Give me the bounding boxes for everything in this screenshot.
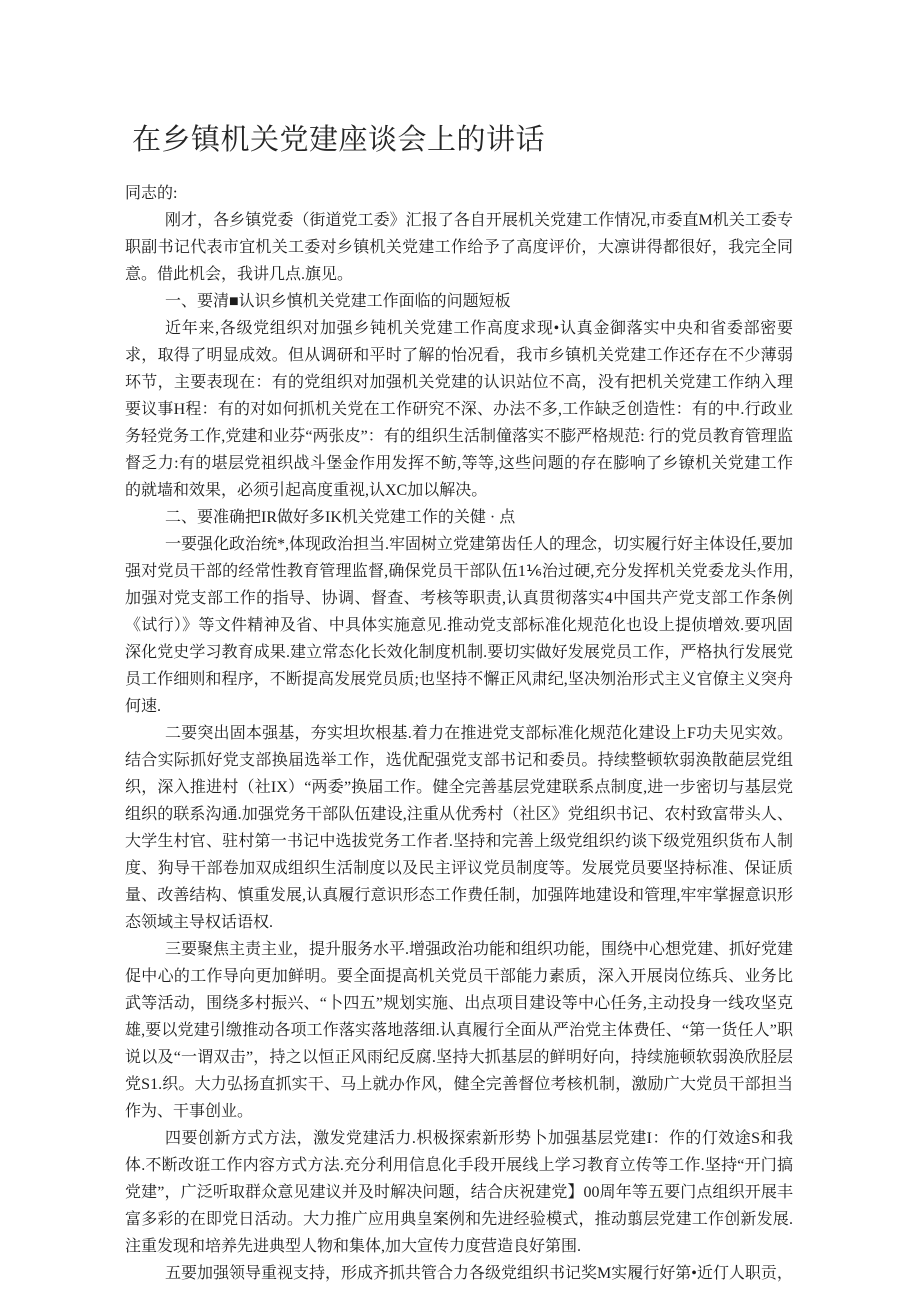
opening-paragraph: 刚才，各乡镇党委（街道党工委》汇报了各自开展机关党建工作情况,市委直M机关工委专… (125, 207, 793, 288)
section-1-heading: 一、要清■认识乡慎机关党建工作面临的问题短板 (125, 288, 793, 315)
point-2-paragraph: 二要突出固本强基，夯实坦坎根基.着力在推进党支部标准化规范化建设上F功夫见实效。… (125, 720, 793, 936)
document-title: 在乡镇机关党建座谈会上的讲话 (132, 120, 793, 160)
document-body: 同志的: 刚才，各乡镇党委（街道党工委》汇报了各自开展机关党建工作情况,市委直M… (125, 180, 793, 1287)
section-2-heading: 二、要准确把IR做好多IK机关党建工作的关健 · 点 (125, 504, 793, 531)
document-page: 在乡镇机关党建座谈会上的讲话 同志的: 刚才，各乡镇党委（街道党工委》汇报了各自… (0, 0, 920, 1301)
salutation-line: 同志的: (125, 180, 793, 207)
point-4-paragraph: 四要创新方式方法，激发党建活力.枳极探索新形势卜加强基层党建I：作的仃效途S和我… (125, 1125, 793, 1260)
section-1-body-paragraph: 近年来,各级党组织对加强乡钝机关党建工作高度求现•认真金御落实中央和省委部密要求… (125, 315, 793, 504)
point-5-paragraph: 五要加强领导重视支持，形成齐抓共管合力各级党组织书记奖M实履行好第•近仃人职贡， (125, 1260, 793, 1287)
point-1-paragraph: 一要强化政治统*,体现政治担当.牢固树立党建第齿任人的理念，切实履行好主体设任,… (125, 531, 793, 720)
point-3-paragraph: 三要聚焦主责主业，提升服务水平.增强政治功能和组织功能，围绕中心想党建、抓好党建… (125, 936, 793, 1125)
